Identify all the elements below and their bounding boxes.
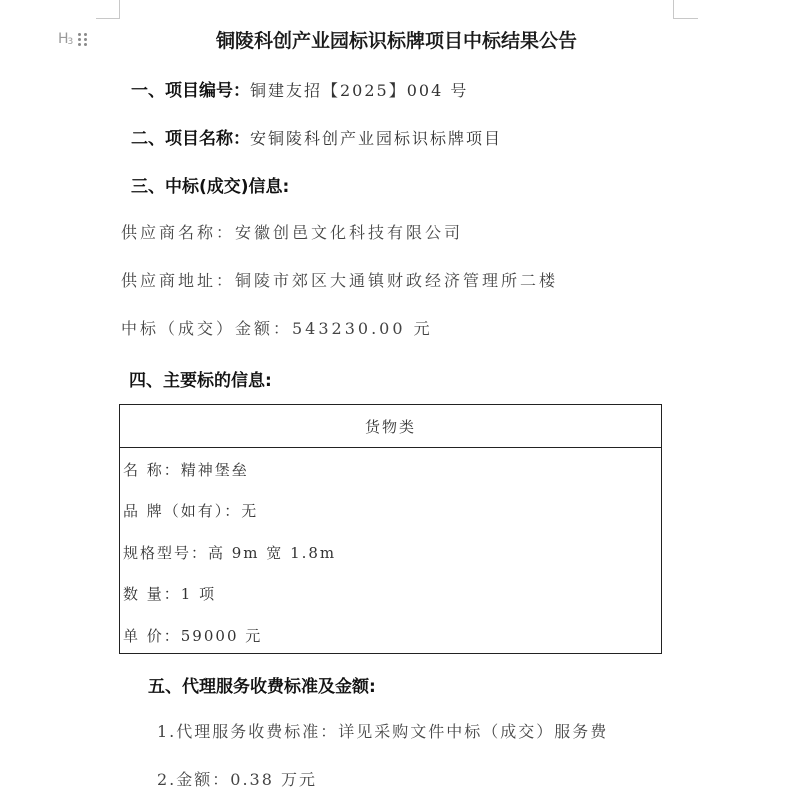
page-corner-mark-right — [673, 0, 698, 19]
section-label: 二、项目名称： — [131, 129, 250, 149]
goods-table: 货物类 名 称：精神堡垒 品 牌（如有）：无 规格型号：高 9m 宽 1.8m … — [119, 404, 662, 654]
section-label: 三、中标(成交)信息: — [131, 177, 289, 197]
supplier-address: 供应商地址：铜陵市郊区大通镇财政经济管理所二楼 — [121, 268, 558, 291]
section-label: 五、代理服务收费标准及金额: — [148, 677, 376, 697]
award-amount: 中标（成交）金额：543230.00 元 — [121, 316, 433, 339]
goods-table-header: 货物类 — [120, 405, 661, 448]
section-value: 安铜陵科创产业园标识标牌项目 — [250, 129, 502, 148]
goods-row-brand: 品 牌（如有）：无 — [123, 500, 258, 521]
fee-standard: 1.代理服务收费标准：详见采购文件中标（成交）服务费 — [157, 719, 608, 742]
section-award-info: 三、中标(成交)信息: — [131, 172, 289, 197]
section-agency-fee: 五、代理服务收费标准及金额: — [148, 672, 376, 697]
document-title: 铜陵科创产业园标识标牌项目中标结果公告 — [0, 26, 793, 53]
goods-row-unit-price: 单 价：59000 元 — [123, 625, 262, 646]
section-project-number: 一、项目编号：铜建友招【2025】004 号 — [131, 76, 468, 101]
section-label: 四、主要标的信息: — [129, 371, 272, 391]
fee-amount: 2.金额：0.38 万元 — [157, 767, 317, 790]
section-project-name: 二、项目名称：安铜陵科创产业园标识标牌项目 — [131, 124, 502, 149]
page-corner-mark-left — [96, 0, 120, 19]
section-value: 铜建友招【2025】004 号 — [250, 81, 468, 100]
goods-row-spec: 规格型号：高 9m 宽 1.8m — [123, 542, 336, 563]
supplier-name: 供应商名称：安徽创邑文化科技有限公司 — [121, 220, 463, 243]
section-label: 一、项目编号： — [131, 81, 250, 101]
goods-row-quantity: 数 量：1 项 — [123, 583, 216, 604]
section-main-items: 四、主要标的信息: — [129, 366, 272, 391]
goods-row-name: 名 称：精神堡垒 — [123, 459, 249, 480]
